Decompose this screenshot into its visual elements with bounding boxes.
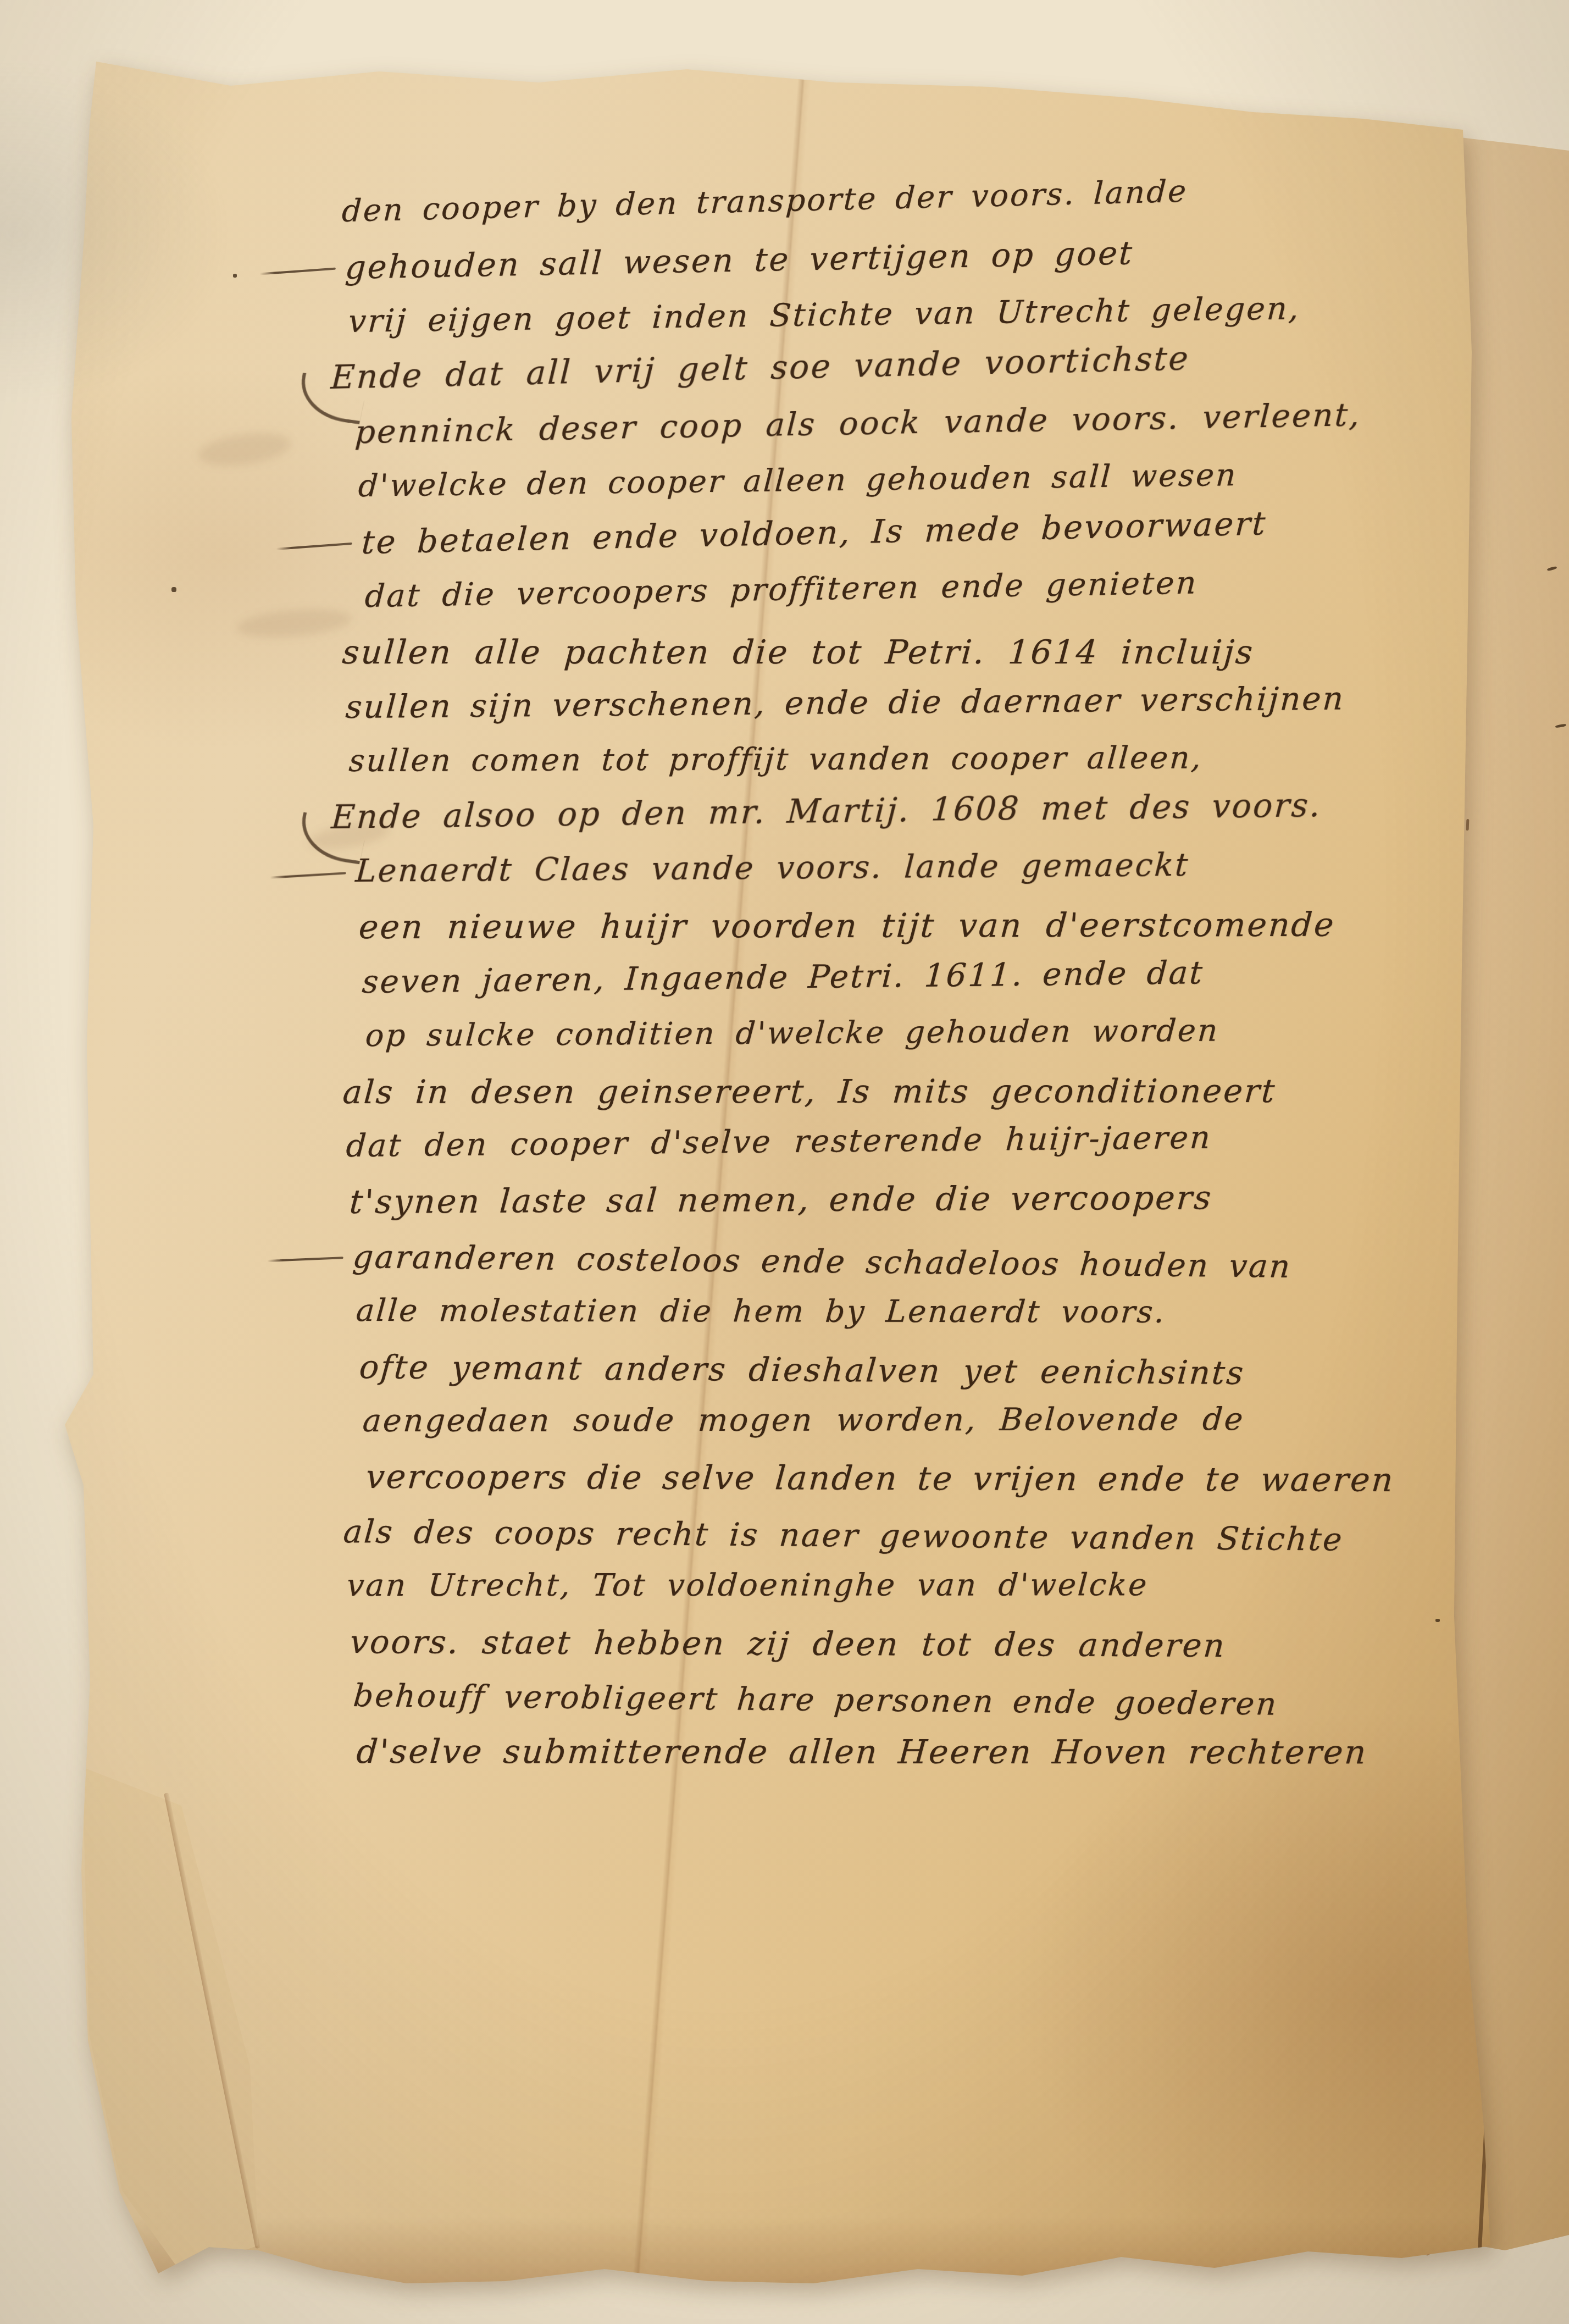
manuscript-line: aengedaen soude mogen worden, Belovende …	[362, 1401, 1246, 1439]
manuscript-line: sullen alle pachten die tot Petri. 1614 …	[341, 633, 1256, 672]
manuscript-line: penninck deser coop als oock vande voors…	[354, 396, 1362, 451]
manuscript-line: te betaelen ende voldoen, Is mede bevoor…	[361, 504, 1268, 561]
manuscript-line: op sulcke conditien d'welcke gehouden wo…	[364, 1012, 1220, 1054]
manuscript-line: als des coops recht is naer gewoonte van…	[342, 1513, 1345, 1558]
manuscript-line: een nieuwe huijr voorden tijt van d'eers…	[358, 906, 1337, 947]
manuscript-line: dat den cooper d'selve resterende huijr-…	[345, 1120, 1213, 1164]
manuscript-line: vrij eijgen goet inden Stichte van Utrec…	[347, 290, 1301, 340]
manuscript-line: seven jaeren, Ingaende Petri. 1611. ende…	[361, 954, 1205, 1000]
manuscript-line: voors. staet hebben zij deen tot des and…	[348, 1623, 1227, 1664]
manuscript-line: d'selve submitterende allen Heeren Hoven…	[356, 1733, 1369, 1772]
manuscript-line: vercoopers die selve landen te vrijen en…	[364, 1458, 1395, 1499]
photo-backdrop: den cooper by den transporte der voors. …	[0, 0, 1569, 2324]
text-block: den cooper by den transporte der voors. …	[0, 0, 1569, 2324]
manuscript-sheet-shadow: den cooper by den transporte der voors. …	[0, 0, 1569, 2324]
manuscript-sheet: den cooper by den transporte der voors. …	[0, 0, 1569, 2324]
manuscript-line: Lenaerdt Claes vande voors. lande gemaec…	[354, 847, 1190, 889]
manuscript-line: sullen sijn verschenen, ende die daernae…	[345, 679, 1346, 726]
manuscript-line: gehouden sall wesen te vertijgen op goet	[344, 234, 1134, 286]
manuscript-line: Ende dat all vrij gelt soe vande voortic…	[330, 339, 1190, 397]
manuscript-line: sullen comen tot proffijt vanden cooper …	[348, 740, 1204, 779]
manuscript-line: t'synen laste sal nemen, ende die vercoo…	[348, 1178, 1214, 1221]
manuscript-line: ofte yemant anders dieshalven yet eenich…	[358, 1348, 1246, 1392]
manuscript-line: behouff verobligeert hare personen ende …	[352, 1678, 1279, 1723]
manuscript-line: Ende alsoo op den mr. Martij. 1608 met d…	[330, 786, 1323, 836]
manuscript-line: d'welcke den cooper alleen gehouden sall…	[357, 457, 1238, 504]
manuscript-line: als in desen geinsereert, Is mits gecond…	[342, 1072, 1278, 1111]
manuscript-line: dat die vercoopers proffiteren ende geni…	[364, 565, 1199, 615]
manuscript-line: den cooper by den transporte der voors. …	[341, 174, 1188, 229]
manuscript-line: van Utrecht, Tot voldoeninghe van d'welc…	[346, 1567, 1150, 1603]
manuscript-line: garanderen costeloos ende schadeloos hou…	[351, 1238, 1293, 1285]
manuscript-line: alle molestatien die hem by Lenaerdt voo…	[355, 1293, 1167, 1330]
